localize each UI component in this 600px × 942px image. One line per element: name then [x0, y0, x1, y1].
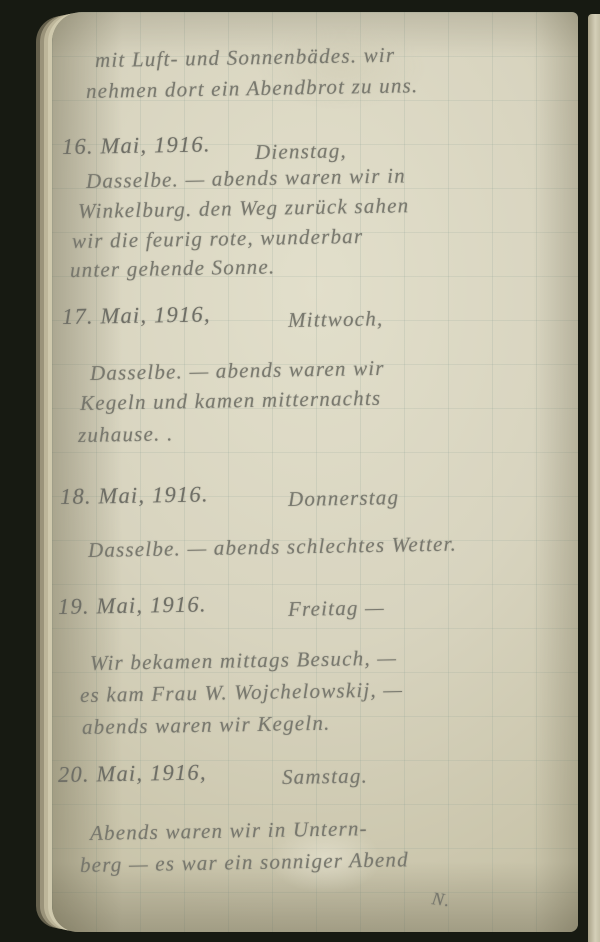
entry-line: Dasselbe. — abends schlechtes Wetter.	[88, 532, 457, 563]
entry-line: zuhause. .	[78, 421, 174, 448]
entry-line: Dasselbe. — abends waren wir	[90, 356, 385, 386]
entry-line: berg — es war ein sonniger Abend	[80, 847, 409, 878]
entry-line: abends waren wir Kegeln.	[82, 711, 331, 740]
corner-mark: N.	[431, 888, 453, 911]
entry-date: 16. Mai, 1916.	[62, 131, 211, 160]
entry-weekday: Dienstag,	[255, 138, 347, 165]
entry-line: Abends waren wir in Untern-	[90, 816, 368, 846]
entry-weekday: Mittwoch,	[288, 306, 384, 333]
continuation-line: mit Luft- und Sonnenbädes. wir	[95, 43, 396, 73]
entry-line: Wir bekamen mittags Besuch, —	[90, 646, 398, 676]
entry-date: 17. Mai, 1916,	[62, 301, 211, 330]
entry-date: 19. Mai, 1916.	[58, 591, 207, 620]
continuation-line: nehmen dort ein Abendbrot zu uns.	[86, 73, 419, 104]
entry-line: es kam Frau W. Wojchelowskij, —	[80, 677, 404, 708]
entry-date: 18. Mai, 1916.	[60, 481, 209, 510]
entry-date: 20. Mai, 1916,	[58, 759, 207, 788]
entry-weekday: Freitag —	[288, 595, 385, 622]
entry-weekday: Samstag.	[282, 764, 368, 790]
entry-line: unter gehende Sonne.	[70, 254, 276, 283]
notebook-photo: mit Luft- und Sonnenbädes. wir nehmen do…	[0, 0, 600, 942]
entry-weekday: Donnerstag	[288, 485, 400, 512]
entry-line: Kegeln und kamen mitternachts	[80, 386, 382, 416]
entry-line: Winkelburg. den Weg zurück sahen	[78, 193, 410, 224]
entry-line: Dasselbe. — abends waren wir in	[86, 163, 406, 194]
entry-line: wir die feurig rote, wunderbar	[72, 224, 364, 254]
handwriting-layer: mit Luft- und Sonnenbädes. wir nehmen do…	[0, 0, 600, 942]
